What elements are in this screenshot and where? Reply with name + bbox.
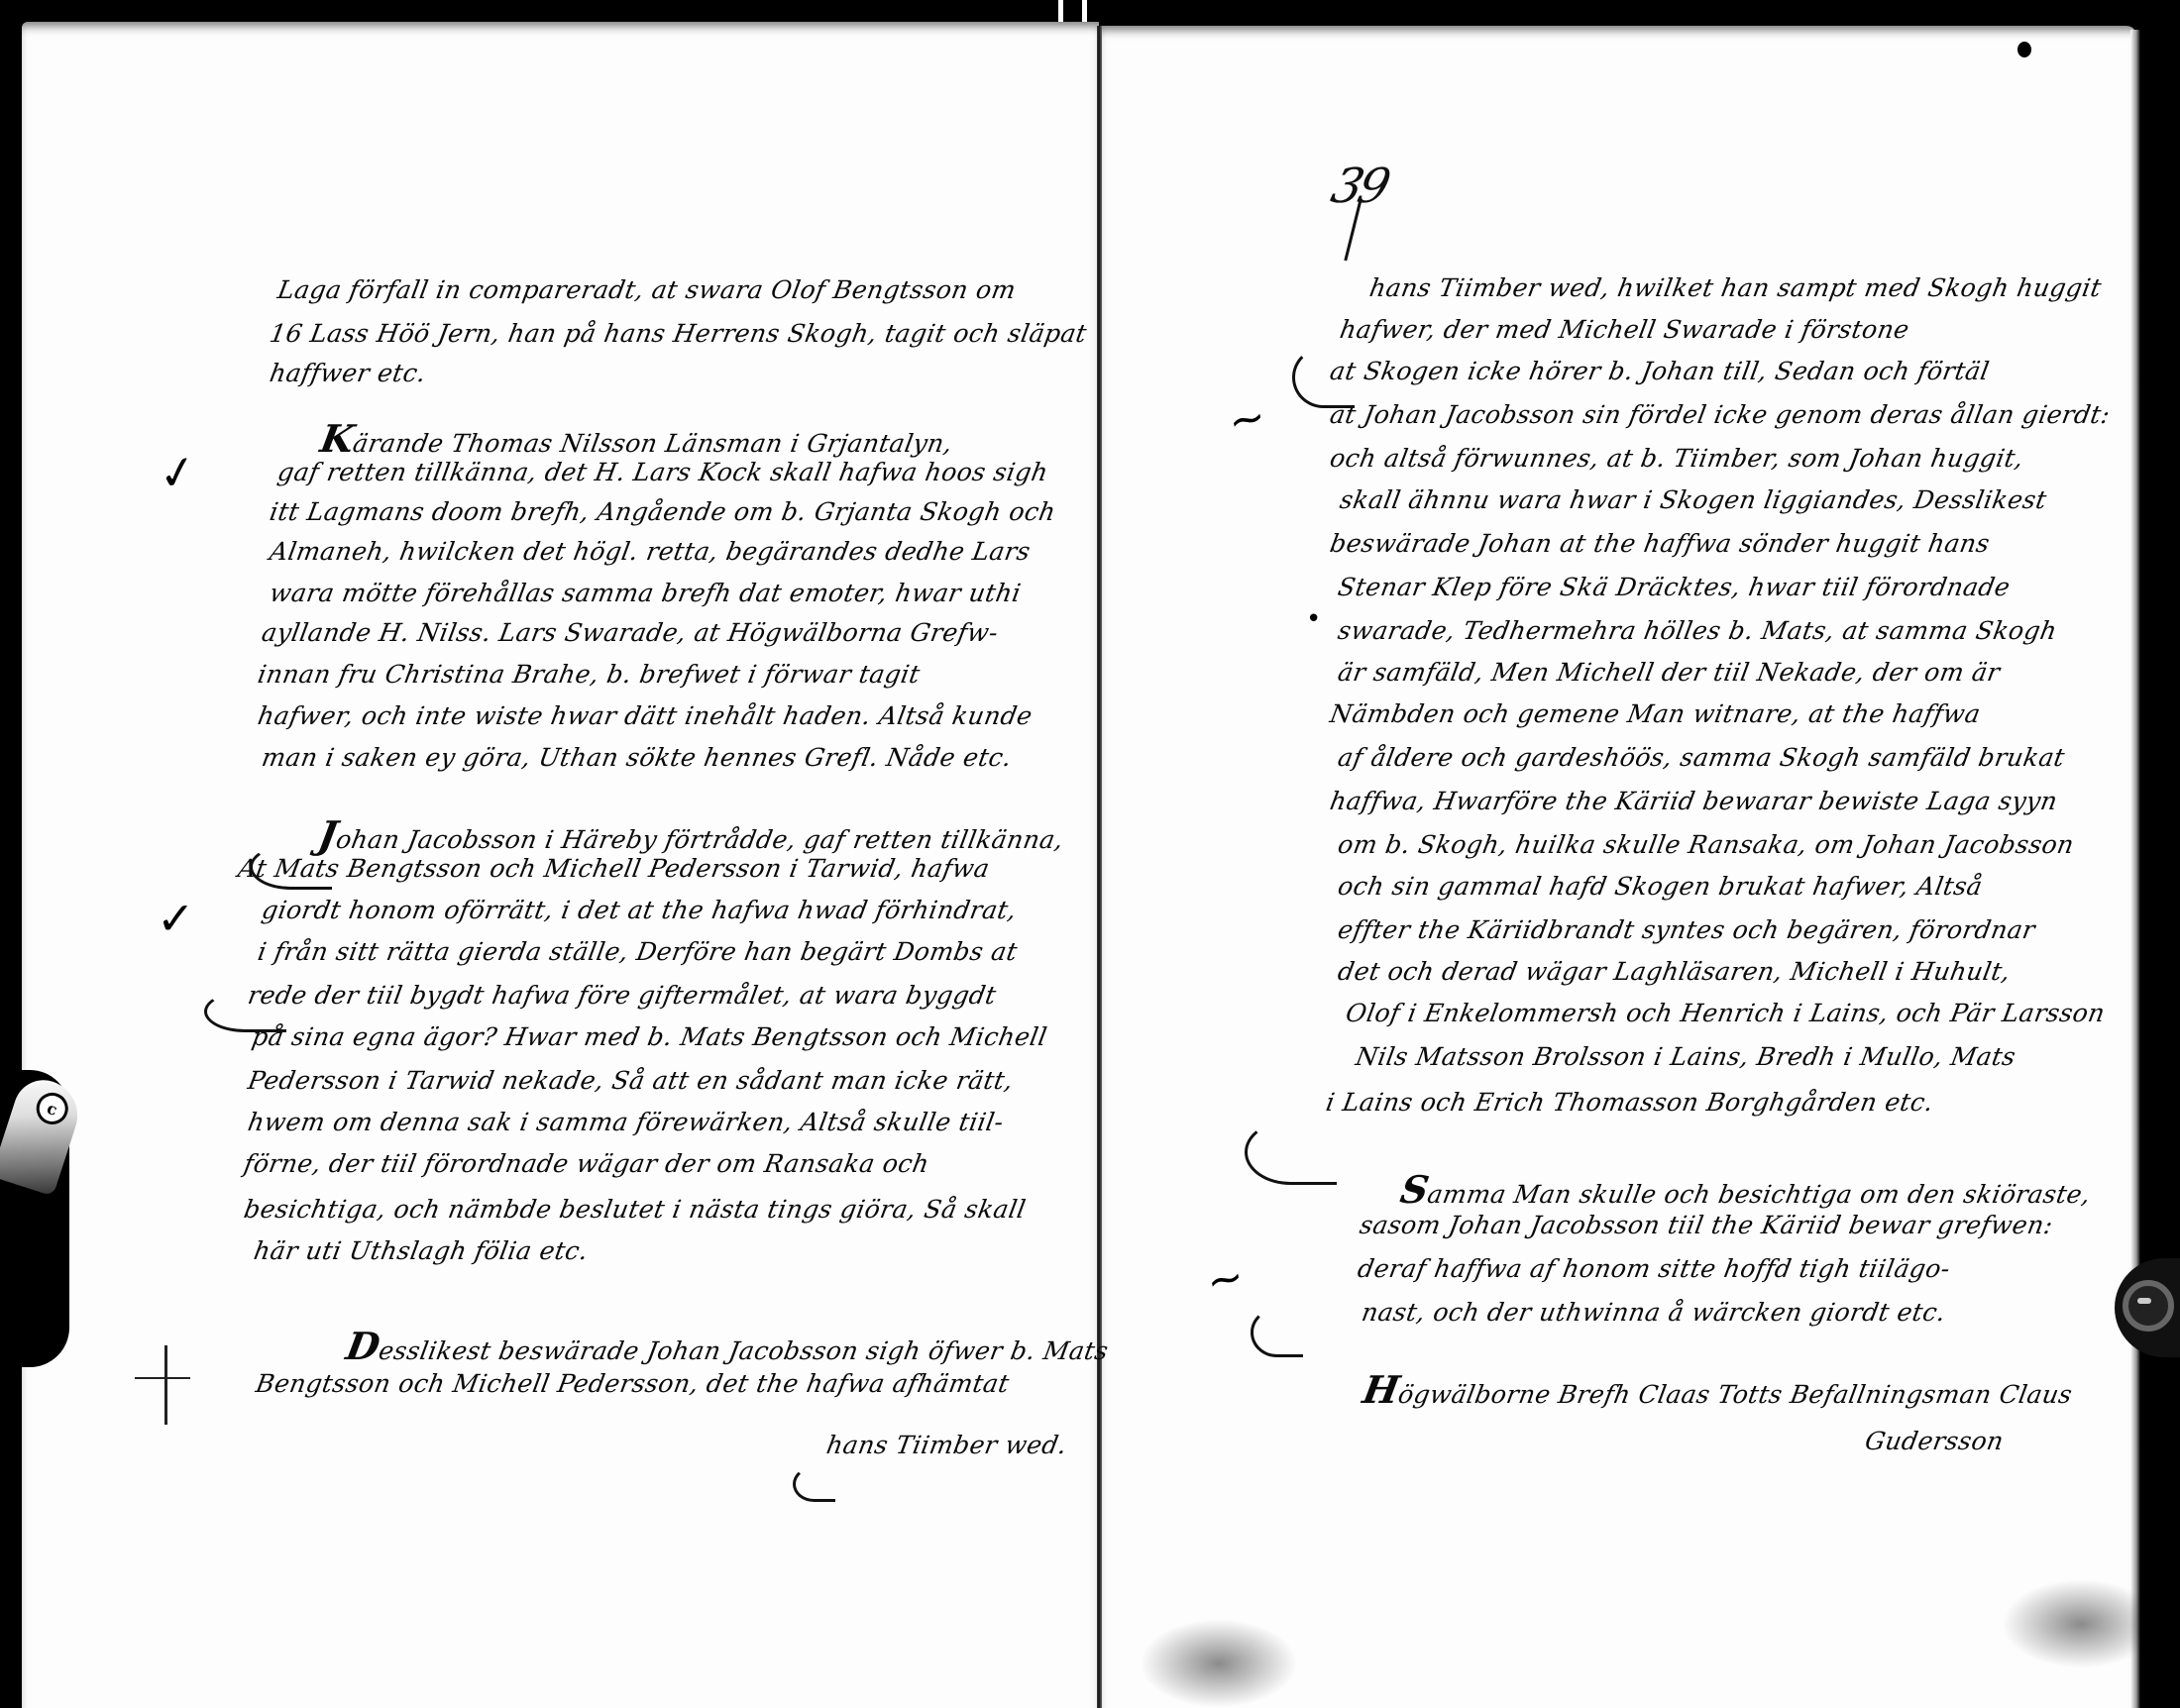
- text-line: gaf retten tillkänna, det H. Lars Kock s…: [275, 458, 1050, 486]
- text-line: Bengtsson och Michell Pedersson, det the…: [254, 1369, 1012, 1398]
- flourish-decoration: [1251, 1308, 1303, 1357]
- text-line: at Skogen icke hörer b. Johan till, Seda…: [1328, 357, 1992, 385]
- text-line: Laga förfall in compareradt, at swara Ol…: [275, 275, 1019, 304]
- cross-mark-icon: [135, 1377, 190, 1379]
- flourish-decoration: [793, 1466, 835, 1502]
- text-line: Pedersson i Tarwid nekade, Så att en såd…: [246, 1066, 1016, 1095]
- text-line: besichtiga, och nämbde beslutet i nästa …: [242, 1195, 1028, 1224]
- text-line: swarade, Tedhermehra hölles b. Mats, at …: [1336, 616, 2059, 645]
- binding-tab-1: [1058, 0, 1063, 22]
- check-mark-icon: ✓: [157, 892, 195, 945]
- text-line: effter the Käriidbrandt syntes och begär…: [1336, 915, 2037, 944]
- text-line: giordt honom oförrätt, i det at the hafw…: [260, 896, 1019, 924]
- text-line: at Johan Jacobsson sin fördel icke genom…: [1328, 400, 2113, 429]
- paragraph-start-line: Desslikest beswärade Johan Jacobsson sig…: [343, 1324, 1113, 1368]
- text-line: Almaneh, hwilcken det högl. retta, begär…: [268, 537, 1033, 566]
- dot-mark-icon: •: [1306, 604, 1321, 634]
- text-line: itt Lagmans doom brefh, Angående om b. G…: [268, 497, 1058, 526]
- text-line: 16 Lass Höö Jern, han på hans Herrens Sk…: [268, 319, 1089, 348]
- text-line: Olof i Enkelommersh och Henrich i Lains,…: [1344, 999, 2108, 1027]
- bottom-right-stain: [2002, 1579, 2160, 1668]
- text-line: Nils Matsson Brolsson i Lains, Bredh i M…: [1354, 1042, 2018, 1071]
- text-line: rede der tiil bygdt hafwa före giftermål…: [246, 981, 999, 1010]
- text-line: hafwer, der med Michell Swarade i försto…: [1338, 315, 1911, 344]
- text-line: Nämbden och gemene Man witnare, at the h…: [1328, 699, 1983, 728]
- text-line: sasom Johan Jacobsson tiil the Käriid be…: [1358, 1211, 2055, 1239]
- text-line: ayllande H. Nilss. Lars Swarade, at Högw…: [260, 618, 1001, 647]
- text-line: är samfäld, Men Michell der tiil Nekade,…: [1336, 658, 2003, 687]
- text-line: i Lains och Erich Thomasson Borghgården …: [1324, 1088, 1936, 1117]
- text-line: haffwa, Hwarföre the Käriid bewarar bewi…: [1328, 787, 2060, 815]
- paragraph-start-line: Samma Man skulle och besichtiga om den s…: [1397, 1167, 2095, 1212]
- flourish-decoration: [250, 844, 332, 890]
- clip-ring-icon: [2123, 1280, 2174, 1332]
- text-line: skall ähnnu wara hwar i Skogen liggiande…: [1338, 485, 2049, 514]
- text-line: wara mötte förehållas samma brefh dat em…: [268, 579, 1024, 607]
- text-line: om b. Skogh, huilka skulle Ransaka, om J…: [1336, 830, 2076, 859]
- scanned-book-spread: c Laga förfall in compareradt, at swara …: [0, 0, 2180, 1708]
- text-line: beswärade Johan at the haffwa sönder hug…: [1328, 529, 1992, 558]
- binding-tab-2: [1082, 0, 1087, 22]
- paragraph-start-line: Kärande Thomas Nilsson Länsman i Grjanta…: [317, 416, 957, 461]
- ink-dot: [2017, 42, 2031, 57]
- text-line: hwem om denna sak i samma förewärken, Al…: [246, 1108, 1006, 1136]
- flourish-decoration: [1292, 347, 1355, 408]
- text-line: deraf haffwa af honom sitte hoffd tigh t…: [1356, 1254, 1952, 1283]
- paragraph-start-line: Johan Jacobsson i Häreby förtrådde, gaf …: [315, 812, 1068, 857]
- text-line: haffwer etc.: [268, 359, 428, 387]
- bottom-gutter-smudge: [1140, 1619, 1298, 1708]
- text-line: här uti Uthslagh fölia etc.: [252, 1236, 591, 1265]
- text-line: innan fru Christina Brahe, b. brefwet i …: [256, 660, 923, 689]
- text-line: på sina egna ägor? Hwar med b. Mats Beng…: [250, 1022, 1049, 1051]
- text-line: och sin gammal hafd Skogen brukat hafwer…: [1336, 872, 1985, 901]
- catchword: hans Tiimber wed.: [824, 1431, 1069, 1459]
- left-binding-clip: c: [0, 1070, 69, 1367]
- paragraph-start-line: Högwälborne Brefh Claas Totts Befallning…: [1360, 1367, 2077, 1412]
- right-page-edge-shadow: [2130, 30, 2140, 1708]
- text-line: och altså förwunnes, at b. Tiimber, som …: [1328, 444, 2025, 473]
- book-gutter: [1097, 26, 1102, 1708]
- signature-line: Gudersson: [1863, 1427, 2006, 1455]
- text-line: nast, och der uthwinna å wärcken giordt …: [1360, 1298, 1948, 1327]
- text-line: af åldere och gardeshöös, samma Skogh sa…: [1336, 743, 2067, 772]
- clip-eye-icon: c: [33, 1089, 72, 1128]
- text-line: förne, der tiil förordnade wägar der om …: [242, 1149, 931, 1178]
- text-line: det och derad wägar Laghläsaren, Michell…: [1336, 957, 2013, 986]
- text-line: Stenar Klep före Skä Dräcktes, hwar tiil…: [1336, 573, 2013, 601]
- cross-mark-stem: [164, 1345, 167, 1425]
- flourish-decoration: [1245, 1120, 1337, 1185]
- flourish-decoration: [204, 991, 286, 1032]
- text-line: hans Tiimber wed, hwilket han sampt med …: [1367, 273, 2104, 302]
- text-line: i från sitt rätta gierda ställe, Derföre…: [256, 937, 1020, 966]
- text-line: man i saken ey göra, Uthan sökte hennes …: [260, 743, 1014, 772]
- text-line: hafwer, och inte wiste hwar dätt inehålt…: [256, 701, 1035, 730]
- text-line: At Mats Bengtsson och Michell Pedersson …: [236, 854, 992, 883]
